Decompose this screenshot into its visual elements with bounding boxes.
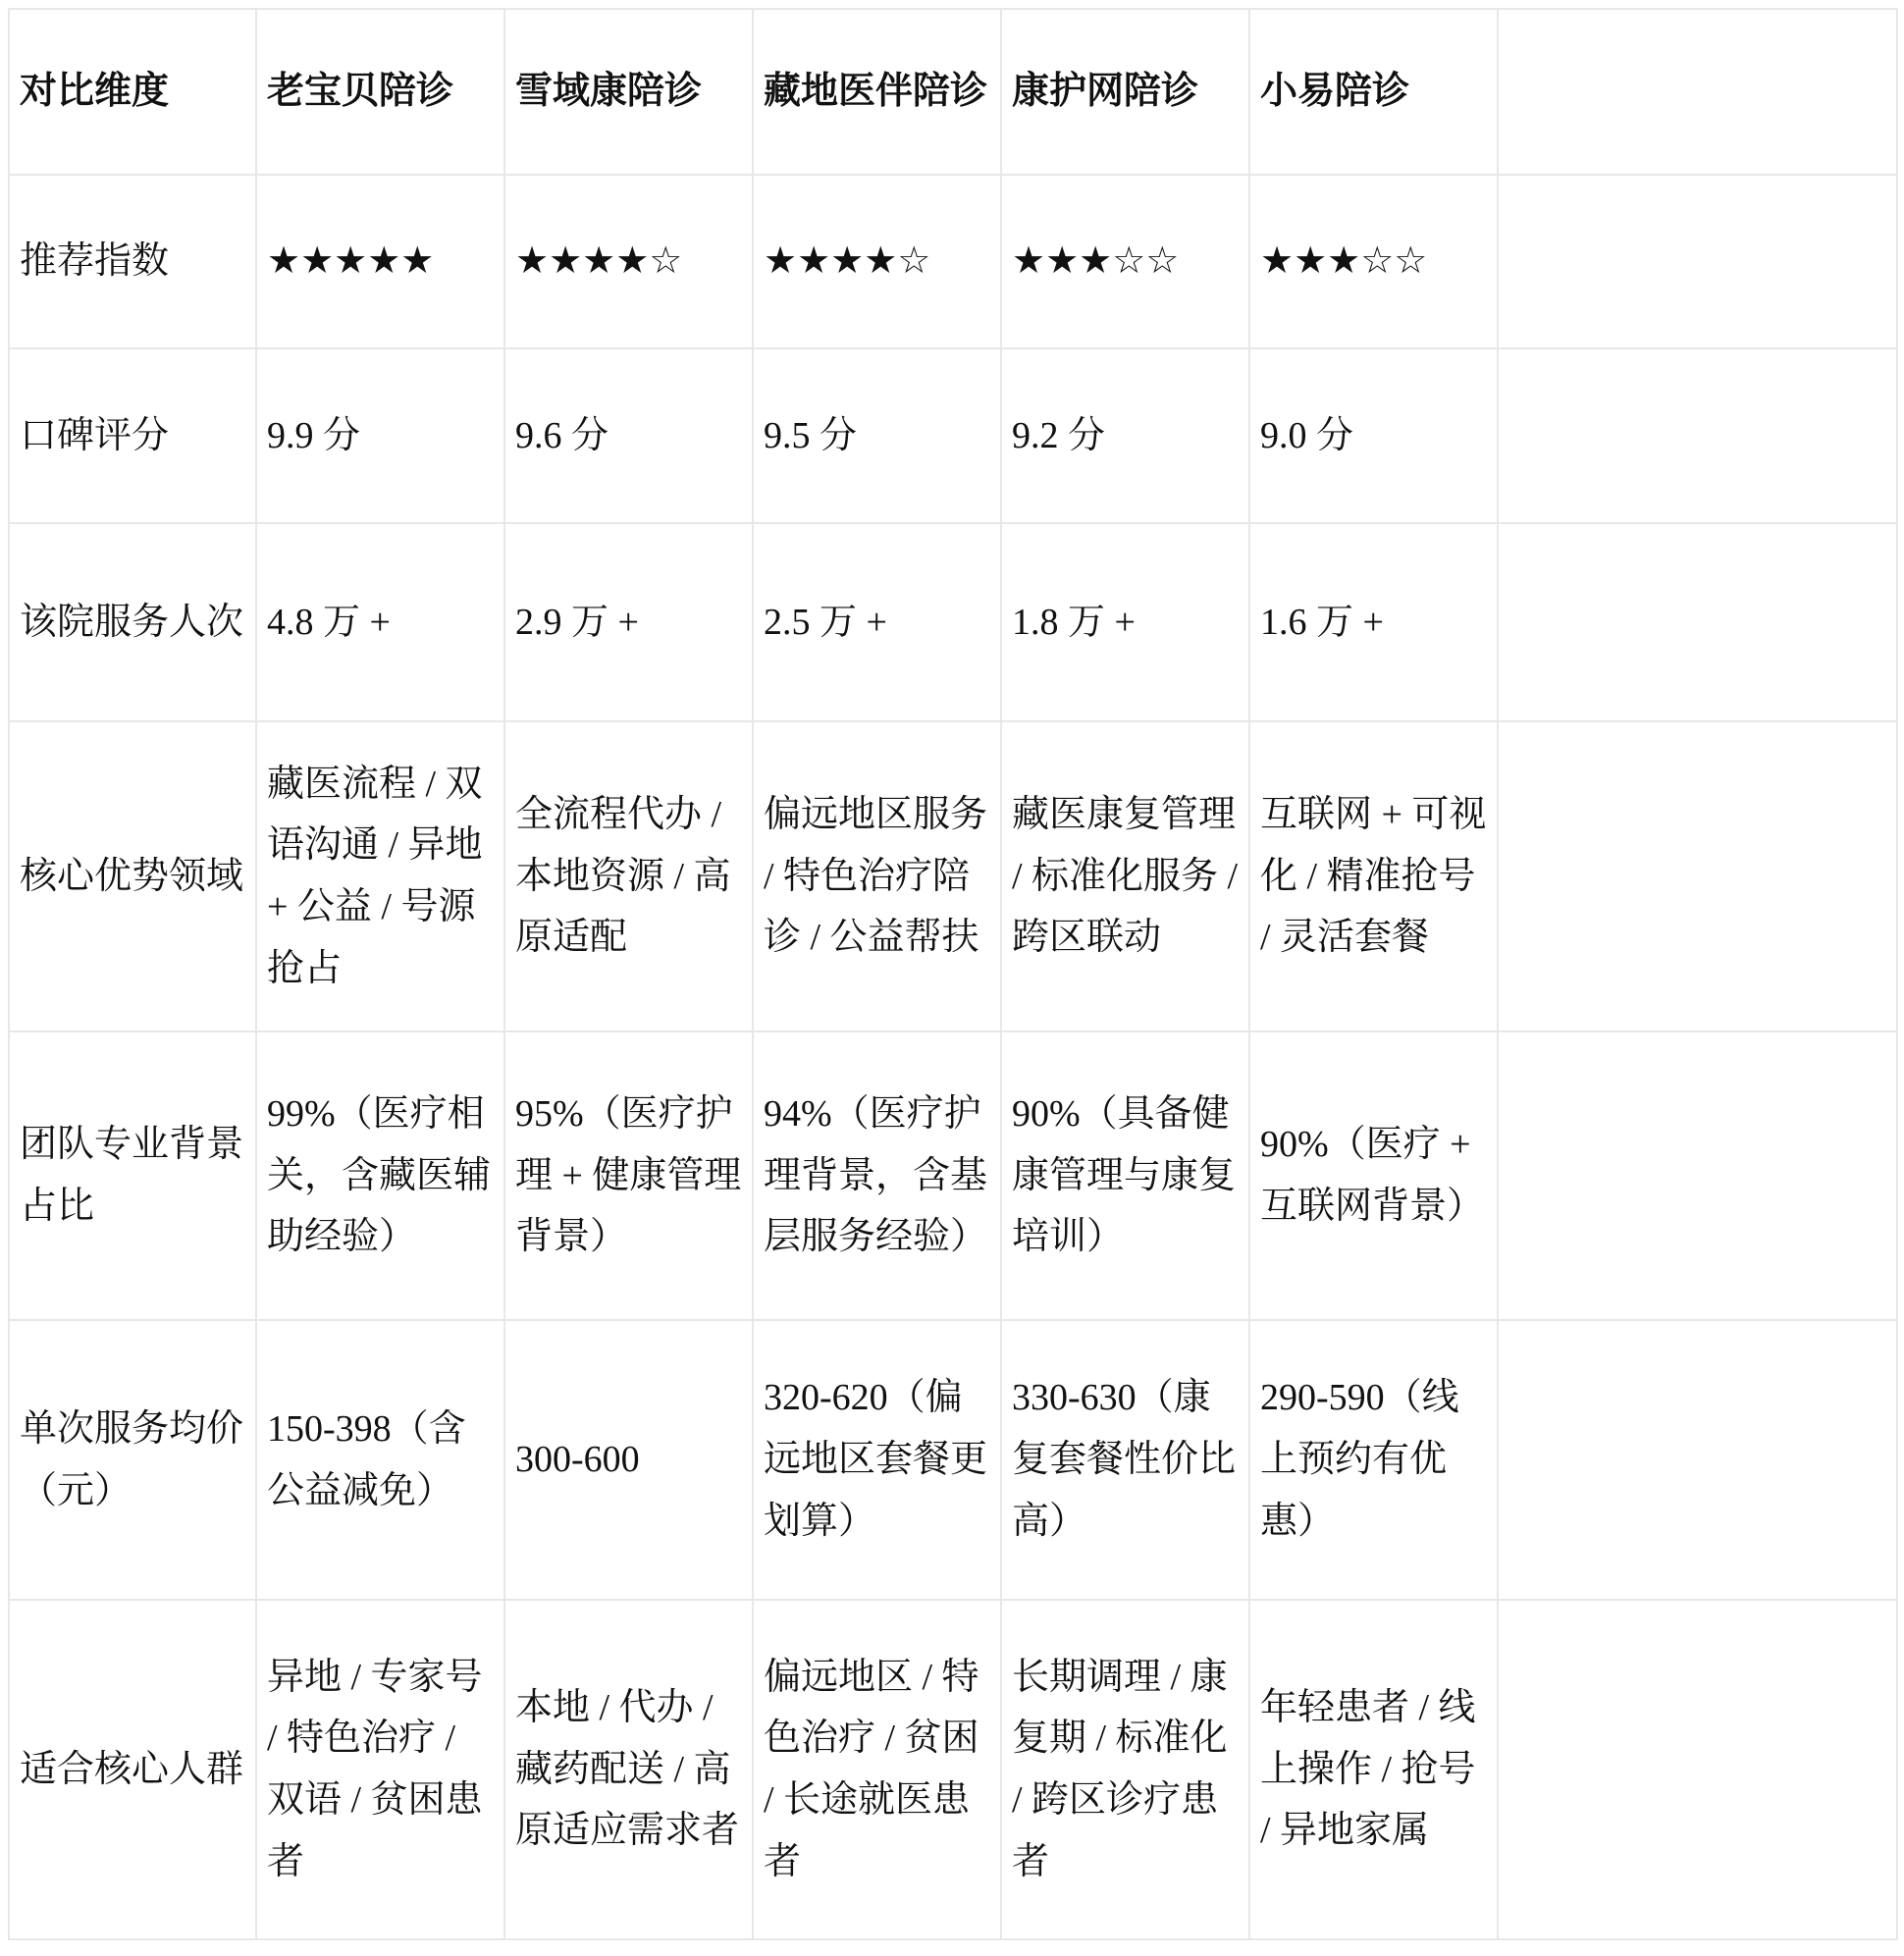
column-header-service-3: 藏地医伴陪诊 xyxy=(753,9,1001,175)
table-cell: 9.0 分 xyxy=(1249,348,1498,523)
table-cell: 290-590（线上预约有优惠） xyxy=(1249,1320,1498,1600)
empty-cell xyxy=(1498,1320,1897,1600)
table-cell: 9.2 分 xyxy=(1001,348,1249,523)
table-row-price: 单次服务均价（元） 150-398（含公益减免） 300-600 320-620… xyxy=(9,1320,1897,1600)
table-cell: 2.9 万 + xyxy=(504,523,753,721)
table-cell: 1.8 万 + xyxy=(1001,523,1249,721)
row-label: 适合核心人群 xyxy=(9,1600,256,1939)
table-cell: 9.6 分 xyxy=(504,348,753,523)
row-label: 该院服务人次 xyxy=(9,523,256,721)
row-label: 口碑评分 xyxy=(9,348,256,523)
comparison-table: 对比维度 老宝贝陪诊 雪域康陪诊 藏地医伴陪诊 康护网陪诊 小易陪诊 推荐指数 … xyxy=(8,8,1898,1940)
table-cell: 年轻患者 / 线上操作 / 抢号 / 异地家属 xyxy=(1249,1600,1498,1939)
table-row-rating: 推荐指数 ★★★★★ ★★★★☆ ★★★★☆ ★★★☆☆ ★★★☆☆ xyxy=(9,175,1897,348)
table-cell: 互联网 + 可视化 / 精准抢号 / 灵活套餐 xyxy=(1249,721,1498,1031)
table-cell: 2.5 万 + xyxy=(753,523,1001,721)
empty-cell xyxy=(1498,175,1897,348)
table-row-core-strengths: 核心优势领域 藏医流程 / 双语沟通 / 异地 + 公益 / 号源抢占 全流程代… xyxy=(9,721,1897,1031)
table-cell: 藏医康复管理 / 标准化服务 / 跨区联动 xyxy=(1001,721,1249,1031)
table-cell: 330-630（康复套餐性价比高） xyxy=(1001,1320,1249,1600)
empty-cell xyxy=(1498,523,1897,721)
table-cell: 藏医流程 / 双语沟通 / 异地 + 公益 / 号源抢占 xyxy=(256,721,504,1031)
table-cell: 300-600 xyxy=(504,1320,753,1600)
table-row-target-users: 适合核心人群 异地 / 专家号 / 特色治疗 / 双语 / 贫困患者 本地 / … xyxy=(9,1600,1897,1939)
table-cell: 150-398（含公益减免） xyxy=(256,1320,504,1600)
table-cell: 1.6 万 + xyxy=(1249,523,1498,721)
table-cell: 99%（医疗相关，含藏医辅助经验） xyxy=(256,1031,504,1320)
empty-cell xyxy=(1498,1031,1897,1320)
column-header-service-2: 雪域康陪诊 xyxy=(504,9,753,175)
star-rating: ★★★☆☆ xyxy=(1249,175,1498,348)
star-rating: ★★★★☆ xyxy=(753,175,1001,348)
empty-cell xyxy=(1498,348,1897,523)
table-header-row: 对比维度 老宝贝陪诊 雪域康陪诊 藏地医伴陪诊 康护网陪诊 小易陪诊 xyxy=(9,9,1897,175)
table-cell: 95%（医疗护理 + 健康管理背景） xyxy=(504,1031,753,1320)
table-cell: 异地 / 专家号 / 特色治疗 / 双语 / 贫困患者 xyxy=(256,1600,504,1939)
table-cell: 4.8 万 + xyxy=(256,523,504,721)
table-cell: 偏远地区 / 特色治疗 / 贫困 / 长途就医患者 xyxy=(753,1600,1001,1939)
table-cell: 长期调理 / 康复期 / 标准化 / 跨区诊疗患者 xyxy=(1001,1600,1249,1939)
row-label: 核心优势领域 xyxy=(9,721,256,1031)
row-label: 推荐指数 xyxy=(9,175,256,348)
table-cell: 9.5 分 xyxy=(753,348,1001,523)
table-cell: 本地 / 代办 / 藏药配送 / 高原适应需求者 xyxy=(504,1600,753,1939)
column-header-service-5: 小易陪诊 xyxy=(1249,9,1498,175)
row-label: 单次服务均价（元） xyxy=(9,1320,256,1600)
empty-header-cell xyxy=(1498,9,1897,175)
empty-cell xyxy=(1498,1600,1897,1939)
table-row-served-count: 该院服务人次 4.8 万 + 2.9 万 + 2.5 万 + 1.8 万 + 1… xyxy=(9,523,1897,721)
table-cell: 全流程代办 / 本地资源 / 高原适配 xyxy=(504,721,753,1031)
table-cell: 94%（医疗护理背景，含基层服务经验） xyxy=(753,1031,1001,1320)
star-rating: ★★★★★ xyxy=(256,175,504,348)
table-cell: 偏远地区服务 / 特色治疗陪诊 / 公益帮扶 xyxy=(753,721,1001,1031)
empty-cell xyxy=(1498,721,1897,1031)
star-rating: ★★★★☆ xyxy=(504,175,753,348)
column-header-dimension: 对比维度 xyxy=(9,9,256,175)
column-header-service-1: 老宝贝陪诊 xyxy=(256,9,504,175)
table-cell: 320-620（偏远地区套餐更划算） xyxy=(753,1320,1001,1600)
table-row-score: 口碑评分 9.9 分 9.6 分 9.5 分 9.2 分 9.0 分 xyxy=(9,348,1897,523)
column-header-service-4: 康护网陪诊 xyxy=(1001,9,1249,175)
table-row-team-background: 团队专业背景占比 99%（医疗相关，含藏医辅助经验） 95%（医疗护理 + 健康… xyxy=(9,1031,1897,1320)
table-cell: 9.9 分 xyxy=(256,348,504,523)
star-rating: ★★★☆☆ xyxy=(1001,175,1249,348)
row-label: 团队专业背景占比 xyxy=(9,1031,256,1320)
table-cell: 90%（医疗 + 互联网背景） xyxy=(1249,1031,1498,1320)
table-cell: 90%（具备健康管理与康复培训） xyxy=(1001,1031,1249,1320)
